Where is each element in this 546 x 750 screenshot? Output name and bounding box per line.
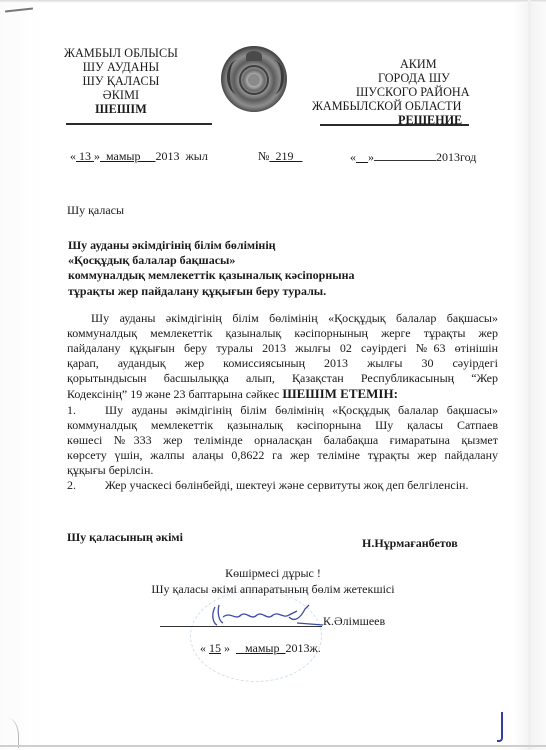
header-right-line: ШУСКОГО РАЙОНА [312,85,480,99]
date-month-blank [374,149,436,161]
body-line: қарап, аудандық жер комиссиясының 2013 ж… [67,356,498,371]
signatory-title: Шу қаласының әкімі [67,530,183,545]
title-line: тұрақты жер пайдалану құқығын беру турал… [68,284,355,299]
body-text-plain: Кодексінің” 19 және 23 баптарына сәйкес [67,387,282,401]
russian-date: «__»2013год [350,149,476,165]
emblem-top [246,51,262,61]
header-left-rule [66,123,212,125]
item-1-line: коммуналдық мемлекеттік қазыналық кәсіпо… [67,418,498,433]
item-2-line: 2.Жер учаскесі бөлінбейді, шектеуі және … [67,478,498,493]
decision-title: Шу ауданы әкімдігінің білім бөлімінің «Қ… [68,238,355,299]
quote-open: « [200,641,209,655]
header-kazakh-block: ЖАМБЫЛ ОБЛЫСЫ ШУ АУДАНЫ ШУ ҚАЛАСЫ ӘКІМІ … [62,46,180,116]
item-2-text: Жер учаскесі бөлінбейді, шектеуі және се… [105,478,468,492]
copy-certified-label: Көшірмесі дұрыс ! [0,566,546,581]
item-1-line: көрсету үшін, жалпы алаңы 0,8622 га жер … [67,448,498,463]
scan-right-shadow [528,0,531,750]
body-line: коммуналдық мемлекеттік қазыналық кәсіпо… [67,326,498,341]
resolution-heading: ШЕШІМ ЕТЕМІН: [282,386,398,401]
certification-month: мамыр [236,641,286,655]
date-year-suffix: жыл [186,149,208,163]
date-year: 2013 [156,149,180,163]
certification-day: 15 [209,641,221,655]
item-1-text: Шу ауданы әкімдігінің білім бөлімінің «Қ… [105,403,498,417]
header-left-line: ШУ АУДАНЫ [62,60,180,74]
header-right-rule [320,124,469,126]
header-right-line: ЖАМБЫЛСКОЙ ОБЛАСТИ [312,99,480,113]
header-left-line: ШУ ҚАЛАСЫ [62,74,180,88]
copy-certifier-position: Шу қаласы әкімі аппаратының бөлім жетекш… [0,582,546,597]
certification-date: « 15 » мамыр 2013ж. [200,641,321,656]
number-value: 219 [269,149,302,163]
item-1-line: көшесі №333 жер телімінде орналасқан бал… [67,433,498,448]
pen-mark [497,712,503,742]
emblem-center [248,74,260,86]
header-russian-block: АКИМ ГОРОДА ШУ ШУСКОГО РАЙОНА ЖАМБЫЛСКОЙ… [312,57,480,127]
document-number: № 219 [258,149,302,164]
body-line: пайдалану құқығын беру туралы 2013 жылғы… [67,341,498,356]
date-day: 13 [76,149,94,163]
scanned-document-page: ЖАМБЫЛ ОБЛЫСЫ ШУ АУДАНЫ ШУ ҚАЛАСЫ ӘКІМІ … [0,0,546,750]
item-2-number: 2. [67,478,105,493]
item-1-number: 1. [67,403,105,418]
body-line: Шу ауданы әкімдігінің білім бөлімінің «Қ… [67,311,498,326]
scan-artifact [0,718,19,748]
state-emblem-icon [221,46,287,112]
header-right-line: АКИМ [312,57,480,71]
quote-close: » [221,641,230,655]
scan-top-edge [0,0,546,3]
header-left-line: ЖАМБЫЛ ОБЛЫСЫ [62,46,180,60]
date-year: 2013год [436,150,476,164]
city-name: Шу қаласы [67,203,124,218]
header-right-line: ГОРОДА ШУ [312,71,480,85]
pen-scratch-mark [5,8,33,13]
certifier-name: К.Әлімшеев [323,614,385,629]
item-1-line: құқығы берілсін. [67,463,498,478]
title-line: коммуналдық мемлекеттік қазыналық кәсіпо… [68,268,355,283]
title-line: Шу ауданы әкімдігінің білім бөлімінің [68,238,355,253]
kazakh-date: « 13 » мамыр 2013 жыл [70,149,208,164]
number-label: № [258,149,269,163]
certification-year: 2013ж. [286,641,321,655]
title-line: «Қосқұдық балалар бақшасы» [68,253,355,268]
date-month: мамыр [100,149,156,163]
scan-bottom-edge [0,745,546,747]
body-line: қорытындысын басшылыққа алып, Қазақстан … [67,371,498,386]
header-left-line: ӘКІМІ [62,88,180,102]
header-left-decision-label: ШЕШІМ [62,102,180,116]
decision-body: Шу ауданы әкімдігінің білім бөлімінің «Қ… [67,311,498,493]
item-1-line: 1.Шу ауданы әкімдігінің білім бөлімінің … [67,403,498,418]
date-day-blank: __ [356,150,368,164]
signatory-name: Н.Нұрмағанбетов [362,536,458,551]
body-line-resolution: Кодексінің” 19 және 23 баптарына сәйкес … [67,386,498,402]
signature-line [160,626,322,627]
